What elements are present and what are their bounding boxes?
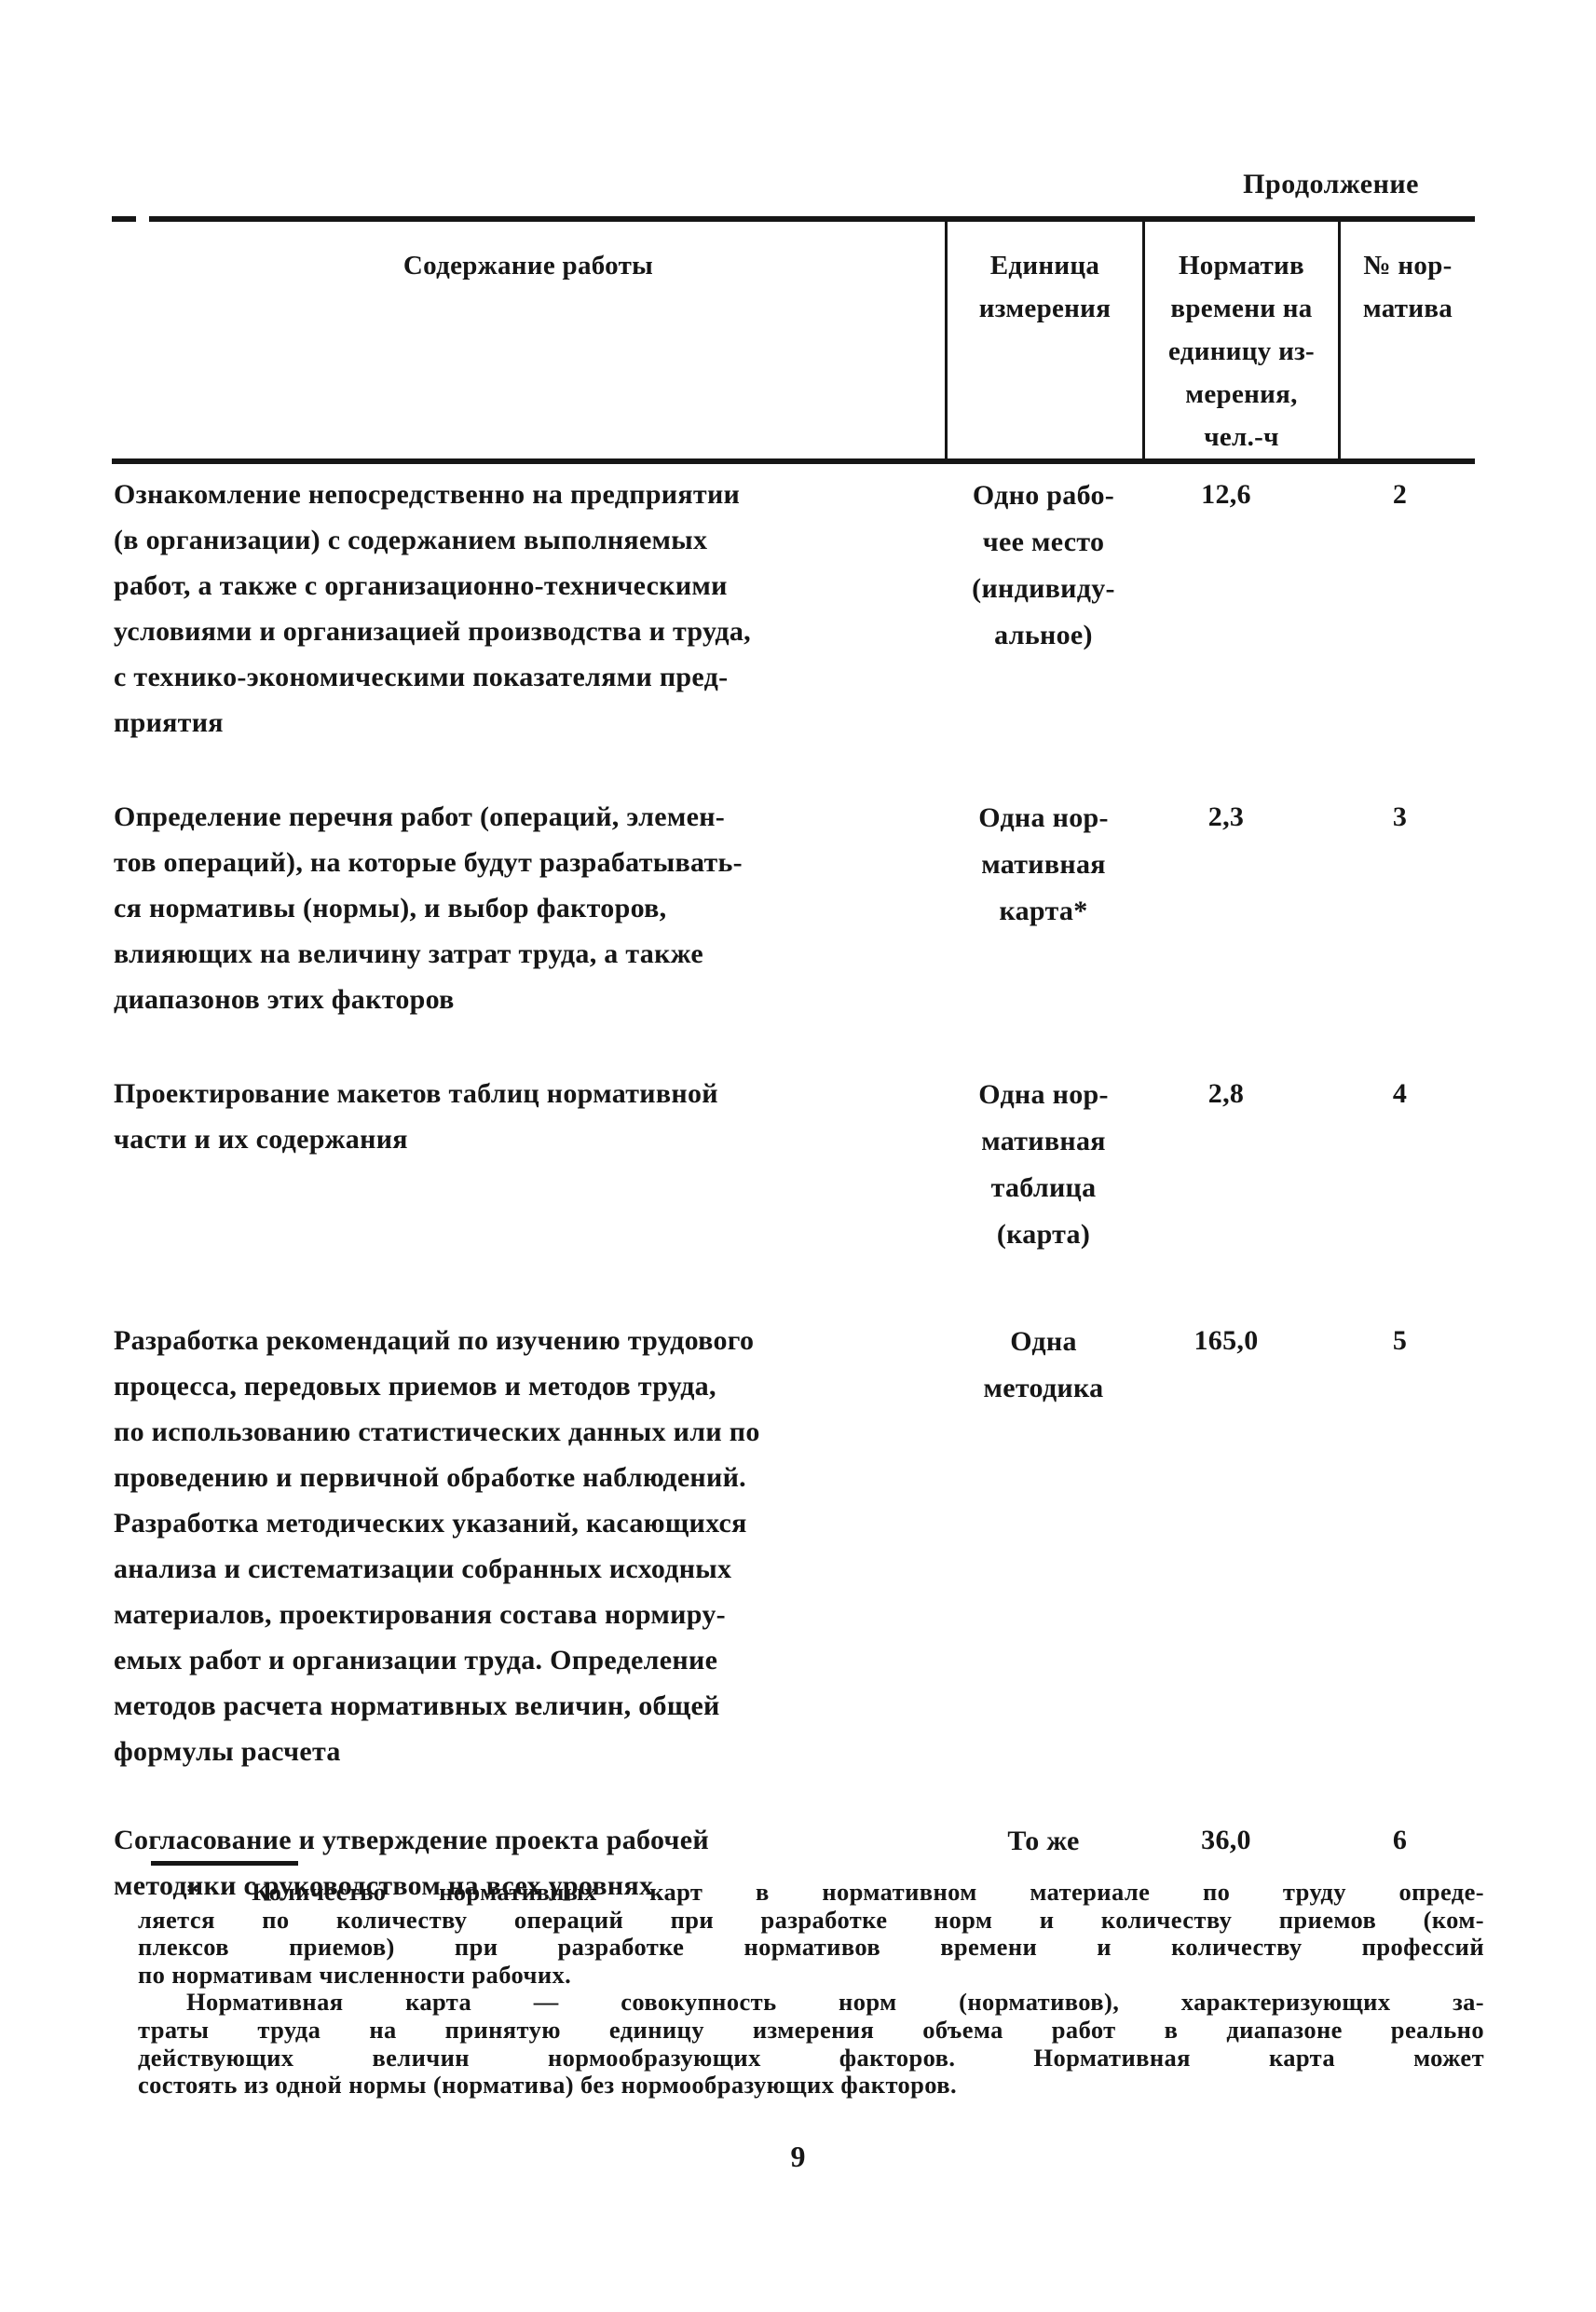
cell-unit: Одна нор- мативная таблица (карта) bbox=[945, 1071, 1142, 1258]
footnote-line: * Количество нормативных карт в норматив… bbox=[138, 1879, 1484, 1907]
footnote-line: траты труда на принятую единицу измерени… bbox=[138, 2017, 1484, 2045]
footnote-divider bbox=[151, 1861, 298, 1866]
cell-work-content: Разработка рекомендаций по изучению труд… bbox=[112, 1318, 945, 1774]
header-norm-number: № нор- матива bbox=[1338, 222, 1475, 458]
cell-norm-number: 2 bbox=[1338, 472, 1475, 746]
cell-norm-number: 4 bbox=[1338, 1071, 1475, 1258]
table-body: Ознакомление непосредственно на предприя… bbox=[112, 464, 1475, 1908]
table-row: Проектирование макетов таблиц нормативно… bbox=[112, 1071, 1475, 1258]
standards-table: Содержание работы Единица измерения Норм… bbox=[112, 216, 1475, 1908]
cell-norm-number: 5 bbox=[1338, 1318, 1475, 1774]
header-time-norm: Норматив времени на единицу из- мерения,… bbox=[1142, 222, 1338, 458]
cell-work-content: Определение перечня работ (операций, эле… bbox=[112, 794, 945, 1022]
table-row: Определение перечня работ (операций, эле… bbox=[112, 794, 1475, 1022]
cell-time-norm: 2,8 bbox=[1142, 1071, 1338, 1258]
header-unit: Единица измерения bbox=[945, 222, 1142, 458]
footnote-line: состоять из одной нормы (норматива) без … bbox=[138, 2072, 1484, 2100]
cell-unit: Одна нор- мативная карта* bbox=[945, 794, 1142, 1022]
footnote-line: по нормативам численности рабочих. bbox=[138, 1962, 1484, 1990]
continuation-label: Продолжение bbox=[1243, 169, 1419, 200]
footnote-line: действующих величин нормообразующих факт… bbox=[138, 2045, 1484, 2073]
footnote-line: плексов приемов) при разработке норматив… bbox=[138, 1934, 1484, 1962]
footnote: * Количество нормативных карт в норматив… bbox=[138, 1879, 1484, 2100]
cell-work-content: Ознакомление непосредственно на предприя… bbox=[112, 472, 945, 746]
cell-norm-number: 3 bbox=[1338, 794, 1475, 1022]
header-work-content: Содержание работы bbox=[112, 222, 945, 458]
table-row: Разработка рекомендаций по изучению труд… bbox=[112, 1318, 1475, 1774]
scanned-document-page: Продолжение Содержание работы Единица из… bbox=[0, 0, 1596, 2312]
cell-time-norm: 165,0 bbox=[1142, 1318, 1338, 1774]
footnote-line: ляется по количеству операций при разраб… bbox=[138, 1907, 1484, 1935]
page-number: 9 bbox=[0, 2140, 1596, 2174]
cell-unit: Одна методика bbox=[945, 1318, 1142, 1774]
table-row: Ознакомление непосредственно на предприя… bbox=[112, 472, 1475, 746]
cell-time-norm: 2,3 bbox=[1142, 794, 1338, 1022]
cell-work-content: Проектирование макетов таблиц нормативно… bbox=[112, 1071, 945, 1258]
cell-time-norm: 12,6 bbox=[1142, 472, 1338, 746]
table-header-row: Содержание работы Единица измерения Норм… bbox=[112, 222, 1475, 464]
cell-unit: Одно рабо- чее место (индивиду- альное) bbox=[945, 472, 1142, 746]
footnote-line: Нормативная карта — совокупность норм (н… bbox=[138, 1989, 1484, 2017]
